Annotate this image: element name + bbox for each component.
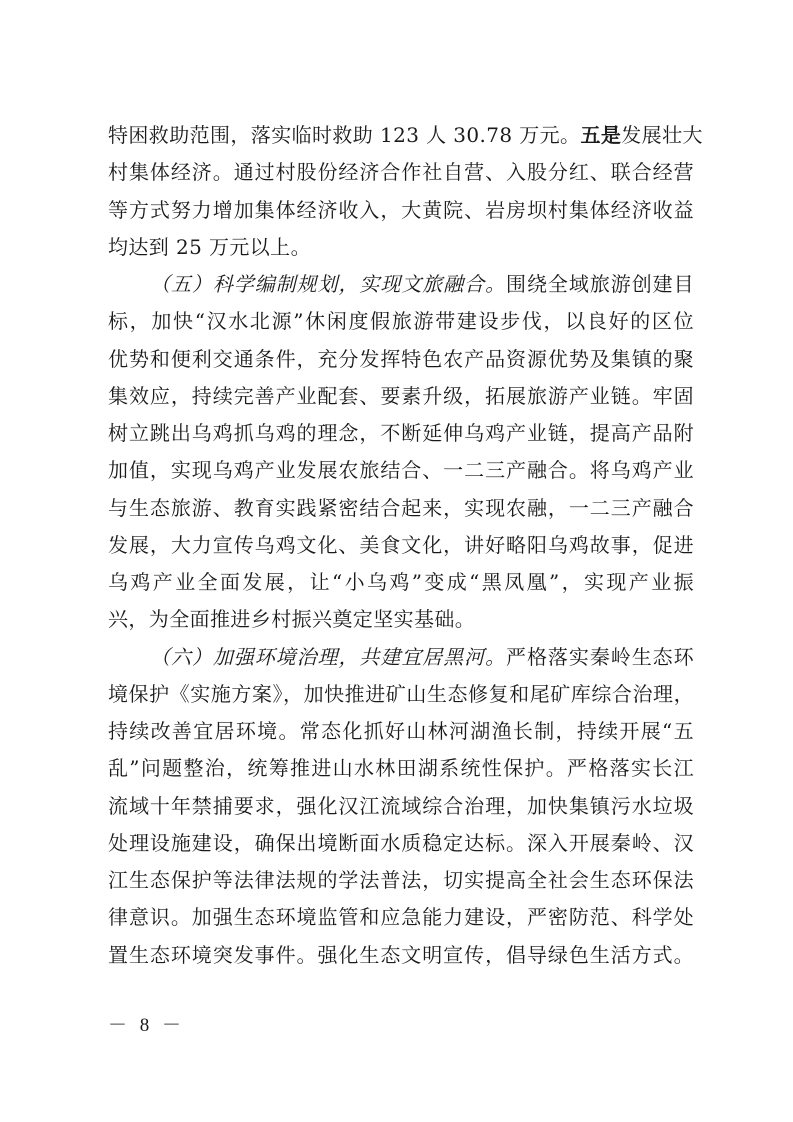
section-heading: （五）科学编制规划，实现文旅融合。 [150,272,506,296]
text-line: 乌鸡产业全面发展，让“小乌鸡”变成“黑凤凰”，实现产业振 [108,564,694,601]
text-line: 乱”问题整治，统筹推进山水林田湖系统性保护。严格落实长江 [108,750,694,787]
text-line: 发展，大力宣传乌鸡文化、美食文化，讲好略阳乌鸡故事，促进 [108,527,694,564]
text-segment: 围绕全域旅游创建目 [506,272,694,296]
text-line: 集效应，持续完善产业配套、要素升级，拓展旅游产业链。牢固 [108,378,694,415]
text-line: 标，加快“汉水北源”休闲度假旅游带建设步伐，以良好的区位 [108,303,694,340]
document-body: 特困救助范围，落实临时救助 123 人 30.78 万元。五是发展壮大 村集体经… [108,117,694,974]
text-line: 优势和便利交通条件，充分发挥特色农产品资源优势及集镇的聚 [108,341,694,378]
paragraph-section-5: （五）科学编制规划，实现文旅融合。围绕全域旅游创建目 标，加快“汉水北源”休闲度… [108,266,694,639]
text-line: （六）加强环境治理，共建宜居黑河。严格落实秦岭生态环 [108,639,694,676]
text-line: 律意识。加强生态环境监管和应急能力建设，严密防范、科学处 [108,899,694,936]
text-line: 流域十年禁捕要求，强化汉江流域综合治理，加快集镇污水垃圾 [108,788,694,825]
text-segment: 特困救助范围，落实临时救助 123 人 30.78 万元。 [108,123,580,147]
section-heading: （六）加强环境治理，共建宜居黑河。 [150,645,506,669]
text-line: 处理设施建设，确保出境断面水质稳定达标。深入开展秦岭、汉 [108,825,694,862]
emphasis-label: 五是 [580,123,621,147]
document-page: 特困救助范围，落实临时救助 123 人 30.78 万元。五是发展壮大 村集体经… [0,0,793,1122]
text-line: 江生态保护等法律法规的学法普法，切实提高全社会生态环保法 [108,862,694,899]
paragraph-section-6: （六）加强环境治理，共建宜居黑河。严格落实秦岭生态环 境保护《实施方案》，加快推… [108,639,694,974]
paragraph-continuation: 特困救助范围，落实临时救助 123 人 30.78 万元。五是发展壮大 村集体经… [108,117,694,266]
text-line: 加值，实现乌鸡产业发展农旅结合、一二三产融合。将乌鸡产业 [108,452,694,489]
page-number: － 8 － [108,1010,185,1037]
text-line: 与生态旅游、教育实践紧密结合起来，实现农融，一二三产融合 [108,490,694,527]
text-line: 特困救助范围，落实临时救助 123 人 30.78 万元。五是发展壮大 [108,117,694,154]
text-line: 村集体经济。通过村股份经济合作社自营、入股分红、联合经营 [108,154,694,191]
text-line: 持续改善宜居环境。常态化抓好山林河湖渔长制，持续开展“五 [108,713,694,750]
text-segment: 严格落实秦岭生态环 [506,645,694,669]
text-segment: 发展壮大 [621,123,703,147]
text-line: 境保护《实施方案》，加快推进矿山生态修复和尾矿库综合治理， [108,676,694,713]
text-line: （五）科学编制规划，实现文旅融合。围绕全域旅游创建目 [108,266,694,303]
text-line: 均达到 25 万元以上。 [108,229,694,266]
text-line: 置生态环境突发事件。强化生态文明宣传，倡导绿色生活方式。 [108,937,694,974]
text-line: 等方式努力增加集体经济收入，大黄院、岩房坝村集体经济收益 [108,192,694,229]
text-line: 树立跳出乌鸡抓乌鸡的理念，不断延伸乌鸡产业链，提高产品附 [108,415,694,452]
text-line: 兴，为全面推进乡村振兴奠定坚实基础。 [108,601,694,638]
